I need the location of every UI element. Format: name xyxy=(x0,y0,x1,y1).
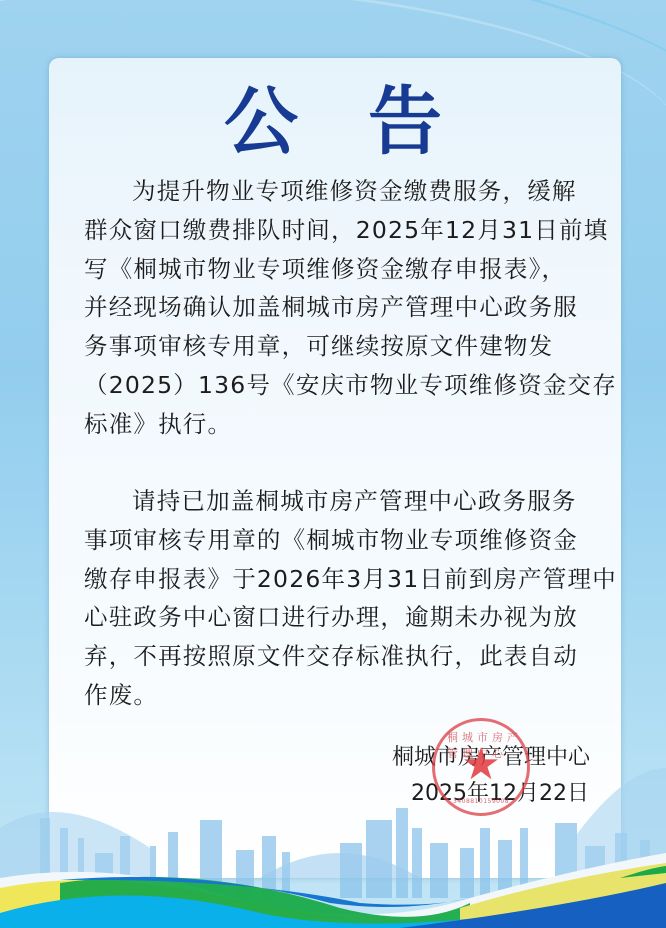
notice-title: 公告 xyxy=(0,80,666,164)
paragraph-line: （2025）136号《安庆市物业专项维修资金交存 xyxy=(84,366,590,405)
paragraph-line: 缴存申报表》于2026年3月31日前到房产管理中 xyxy=(84,560,590,599)
paragraph-line: 事项审核专用章的《桐城市物业专项维修资金 xyxy=(84,521,590,560)
paragraph-line: 并经现场确认加盖桐城市房产管理中心政务服 xyxy=(84,288,590,327)
paragraph-line: 请持已加盖桐城市房产管理中心政务服务 xyxy=(84,482,590,521)
paragraph-line: 心驻政务中心窗口进行办理，逾期未办视为放 xyxy=(84,598,590,637)
star-icon: ★ xyxy=(461,743,500,787)
seal-code: 3408810159008 xyxy=(453,798,509,805)
paragraph-line: 作废。 xyxy=(84,676,590,715)
paragraph-line: 标准》执行。 xyxy=(84,405,590,444)
paragraph-line: 弃，不再按照原文件交存标准执行，此表自动 xyxy=(84,637,590,676)
notice-paragraph-1: 为提升物业专项维修资金缴费服务，缓解 群众窗口缴费排队时间，2025年12月31… xyxy=(84,172,590,444)
official-seal-stamp: 桐城市房产管理中心 ★ 3408810159008 xyxy=(432,718,530,816)
paragraph-line: 为提升物业专项维修资金缴费服务，缓解 xyxy=(84,172,590,211)
paragraph-line: 写《桐城市物业专项维修资金缴存申报表》， xyxy=(84,250,590,289)
paragraph-line: 务事项审核专用章，可继续按原文件建物发 xyxy=(84,327,590,366)
paragraph-line: 群众窗口缴费排队时间，2025年12月31日前填 xyxy=(84,211,590,250)
notice-paragraph-2: 请持已加盖桐城市房产管理中心政务服务 事项审核专用章的《桐城市物业专项维修资金 … xyxy=(84,482,590,715)
